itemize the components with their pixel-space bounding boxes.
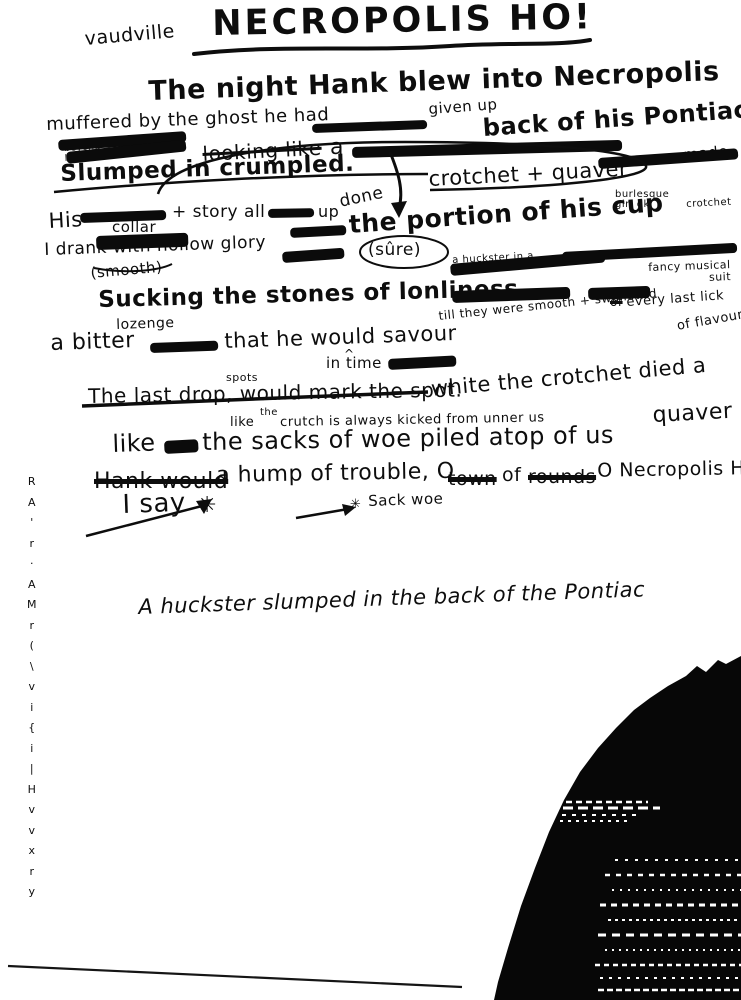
poem-line-12-tail: , O Necropolis Ho xyxy=(584,459,741,482)
down-arrow xyxy=(390,152,401,208)
insertion-sack-woe: Sack woe xyxy=(368,491,444,509)
asterisk-mark-2: ✳ xyxy=(350,498,361,512)
poem-line-8-lead: a bitter xyxy=(50,329,135,355)
sack-woe-arrow xyxy=(296,509,348,518)
redaction-mark xyxy=(282,248,345,263)
caption-line: A huckster slumped in the back of the Po… xyxy=(138,578,645,618)
word-of: of xyxy=(502,466,521,486)
redaction-mark xyxy=(598,148,738,169)
manuscript-page: vaudville NECROPOLIS HO! The night Hank … xyxy=(0,0,741,1000)
word-his: His xyxy=(48,208,83,232)
margin-glyph-column: R A ' r · A M r ( \ v i { i | H v v x r … xyxy=(24,472,40,903)
asterisk-mark: ✳ xyxy=(198,494,217,517)
insertion-the: the xyxy=(260,408,278,419)
ink-blot xyxy=(494,656,741,1000)
poem-line-8-tail: that he would savour xyxy=(224,322,457,352)
redaction-mark xyxy=(588,286,650,300)
note-smooth: (smooth) xyxy=(90,260,163,282)
redaction-mark xyxy=(150,341,218,353)
phrase-i-say: I say xyxy=(122,490,186,519)
poem-line-11-rest: the sacks of woe piled atop of us xyxy=(202,423,614,455)
note-sure: (sûre) xyxy=(368,242,421,260)
word-quaver: quaver xyxy=(652,400,733,427)
redaction-mark xyxy=(268,208,314,218)
poem-line-2-lead: muffered by the ghost he had xyxy=(46,106,330,135)
note-burlesque-girl: burlesque girl dk xyxy=(615,190,669,210)
redaction-mark xyxy=(352,140,622,158)
struck-last-drop-line: The last drop, would mark the spot. xyxy=(88,379,462,407)
poem-line-9-tail: white the crotchet died a xyxy=(430,354,707,400)
word-up: up xyxy=(318,204,339,221)
poem-line-12-lead: a hump of trouble, O xyxy=(216,460,455,487)
phrase-story-all: + story all xyxy=(172,204,265,222)
note-fancy-musical-suit: fancy musical suit xyxy=(648,259,731,286)
ink-blot-scan-streaks xyxy=(548,802,741,990)
caret-mark: ^ xyxy=(344,348,355,361)
page-title: NECROPOLIS HO! xyxy=(212,0,593,43)
poem-line-11-like: like xyxy=(112,430,156,457)
poem-line-2-tail: back of his Pontiac xyxy=(482,97,741,141)
redaction-mark xyxy=(388,355,456,370)
genre-note: vaudville xyxy=(84,22,176,50)
note-crotchet-small: crotchet xyxy=(686,198,732,211)
note-of-flavour: of flavour xyxy=(676,308,741,333)
struck-town: town xyxy=(448,470,497,490)
scan-edge-line xyxy=(8,966,462,987)
redaction-mark xyxy=(164,439,199,454)
redaction-mark xyxy=(290,225,346,238)
